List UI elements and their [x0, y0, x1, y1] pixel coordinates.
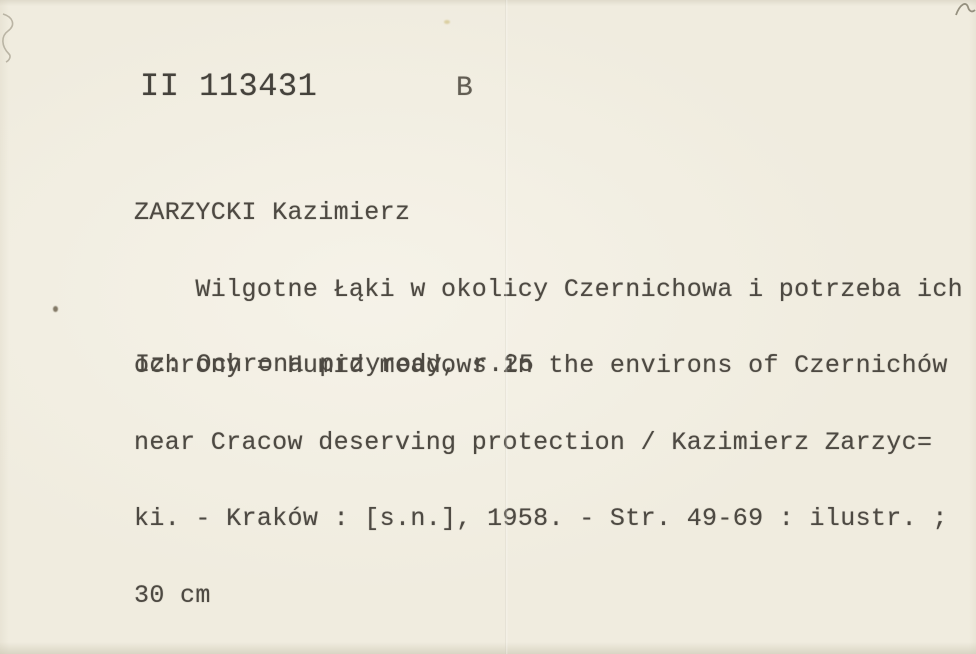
bibliographic-entry: ZARZYCKI Kazimierz Wilgotne Łąki w okoli…: [134, 149, 963, 654]
ink-speck: [53, 306, 58, 312]
imprint-line: ki. - Kraków : [s.n.], 1958. - Str. 49-6…: [134, 506, 963, 532]
author-heading: ZARZYCKI Kazimierz: [134, 200, 963, 226]
responsibility-line: near Cracow deserving protection / Kazim…: [134, 430, 963, 456]
title-line: Wilgotne Łąki w okolicy Czernichowa i po…: [134, 277, 963, 303]
pencil-squiggle-top-right: [944, 0, 976, 24]
call-number: II 113431: [140, 71, 317, 103]
source-note: Iz: Ochrona przyrody, r.25: [135, 352, 534, 378]
format-line: 30 cm: [134, 583, 963, 609]
paper-speck: [444, 20, 450, 24]
pencil-squiggle-top-left: [0, 8, 24, 64]
section-letter: B: [456, 75, 473, 103]
catalog-card: II 113431 B ZARZYCKI Kazimierz Wilgotne …: [0, 0, 976, 654]
